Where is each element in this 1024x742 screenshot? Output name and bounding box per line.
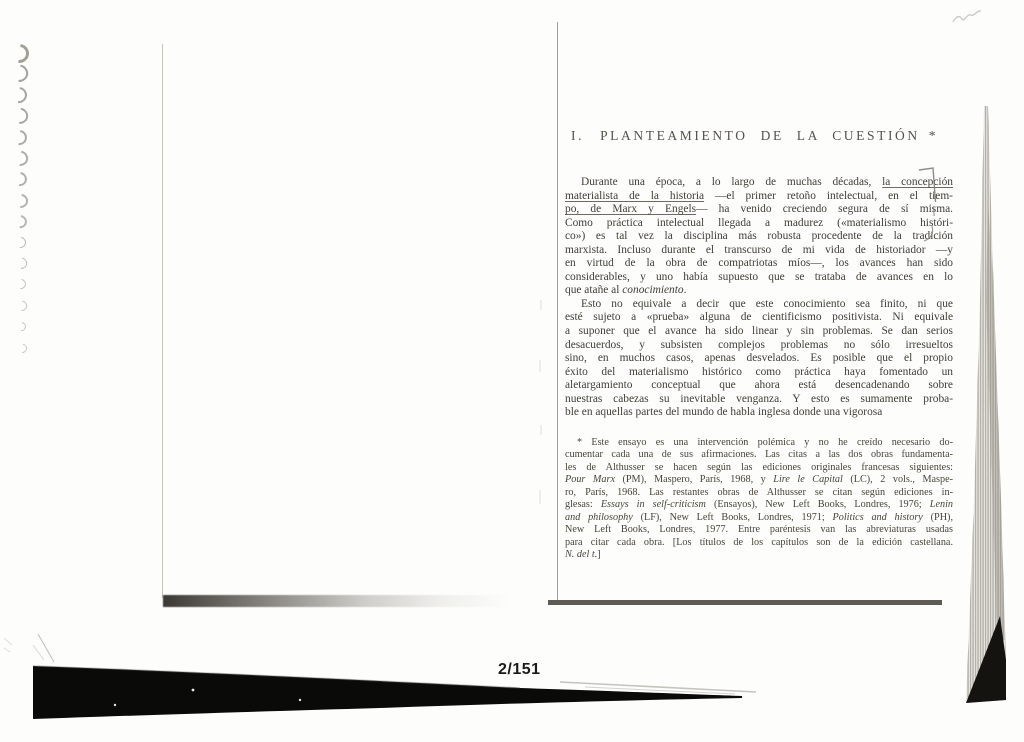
text-line: les de Althusser se hacen según las edic… [565,462,953,474]
chapter-title-text: PLANTEAMIENTO DE LA CUESTIÓN [600,128,920,143]
left-page-blank [163,44,557,595]
scan-streak-1 [560,682,756,692]
scanned-book-page-view: I.PLANTEAMIENTO DE LA CUESTIÓN* Durante … [0,0,1024,742]
scan-speck-2 [299,699,301,701]
text-line: considerables, y uno había supuesto que … [565,271,953,285]
text-line: po, de Marx y Engels— ha venido creciend… [565,203,953,217]
scan-speck-1 [192,689,195,692]
chapter-title: I.PLANTEAMIENTO DE LA CUESTIÓN* [571,128,936,144]
text-line: Durante una época, a lo largo de muchas … [565,176,953,190]
scratch-mark-3 [4,638,12,652]
paragraph-1: Durante una época, a lo largo de muchas … [565,176,953,298]
binding-hole-mark [9,127,30,148]
right-page: I.PLANTEAMIENTO DE LA CUESTIÓN* Durante … [565,0,953,620]
binding-hole-mark [13,256,28,271]
binding-hole-mark [6,40,33,67]
text-line: Esto no equivale a decir que este conoci… [565,298,953,312]
pencil-scribble [953,11,981,22]
text-line: New Left Books, Londres, 1977. Entre par… [565,524,953,536]
book-edge-strip-shade [986,200,1005,640]
binding-hole-mark [8,84,31,107]
scratch-mark-1 [38,634,54,662]
binding-hole-mark [10,170,30,190]
text-line: cumentar cada una de sus afirmaciones. L… [565,449,953,461]
text-line: que atañe al conocimiento. [565,284,953,298]
text-line: Como práctica intelectual llegada a madu… [565,217,953,231]
text-line: éxito del materialismo histórico como pr… [565,366,953,380]
page-counter: 2/151 [498,661,541,679]
binding-hole-mark [15,299,28,312]
book-edge-corner-black [966,616,1006,703]
text-line: aletargamiento conceptual que ahora está… [565,379,953,393]
text-line: en virtud de la obra de compatriotas mío… [565,257,953,271]
chapter-number: I. [571,128,584,143]
binding-hole-mark [13,234,28,249]
spiral-binding-marks [0,0,44,400]
text-line: ro, París, 1968. Las restantes obras de … [565,487,953,499]
text-line: a suponer que el avance ha sido linear y… [565,325,953,339]
text-line: ble en aquellas partes del mundo de habl… [565,406,953,420]
scratch-mark-2 [33,645,44,660]
book-edge-strip [966,106,1006,703]
binding-hole-mark [15,320,28,333]
text-line: para citar cada obra. [Los títulos de lo… [565,537,953,549]
binding-hole-mark [11,191,30,210]
text-line: materialista de la historia —el primer r… [565,190,953,204]
text-line: Pour Marx (PM), Maspero, París, 1968, y … [565,474,953,486]
text-line: esté sujeto a «prueba» alguna de cientif… [565,311,953,325]
scan-wedge-fuzz [33,666,520,688]
binding-hole-mark [12,212,31,231]
text-line: co») es tal vez la disciplina más robust… [565,230,953,244]
text-line: and philosophy (LF), New Left Books, Lon… [565,512,953,524]
body-text: Durante una época, a lo largo de muchas … [565,176,953,420]
binding-hole-mark [16,342,28,354]
text-line: * Este ensayo es una intervención polémi… [565,437,953,449]
left-page-bottom-shadow [163,595,509,607]
footnote-asterisk: * [929,128,936,143]
text-line: nuestras cabezas su inevitable venganza.… [565,393,953,407]
text-line: desacuerdos, y subsisten complejos probl… [565,339,953,353]
text-line: sino, en muchos casos, apenas desvelados… [565,352,953,366]
footnote: * Este ensayo es una intervención polémi… [565,437,953,562]
left-page-edge-line [162,44,163,598]
binding-hole-mark [14,277,28,291]
scan-speck-3 [114,704,116,706]
binding-hole-mark [8,105,30,127]
text-line: N. del t.] [565,549,953,561]
right-page-bottom-shadow [548,600,942,605]
paragraph-2: Esto no equivale a decir que este conoci… [565,298,953,420]
binding-hole-mark [7,62,30,85]
scan-black-wedge [33,666,742,719]
binding-hole-mark [10,148,31,169]
page-spine-divider [557,22,558,600]
scan-streak-2 [585,687,735,694]
text-line: glesas: Essays in self-criticism (Ensayo… [565,499,953,511]
text-line: marxista. Incluso durante el transcurso … [565,244,953,258]
